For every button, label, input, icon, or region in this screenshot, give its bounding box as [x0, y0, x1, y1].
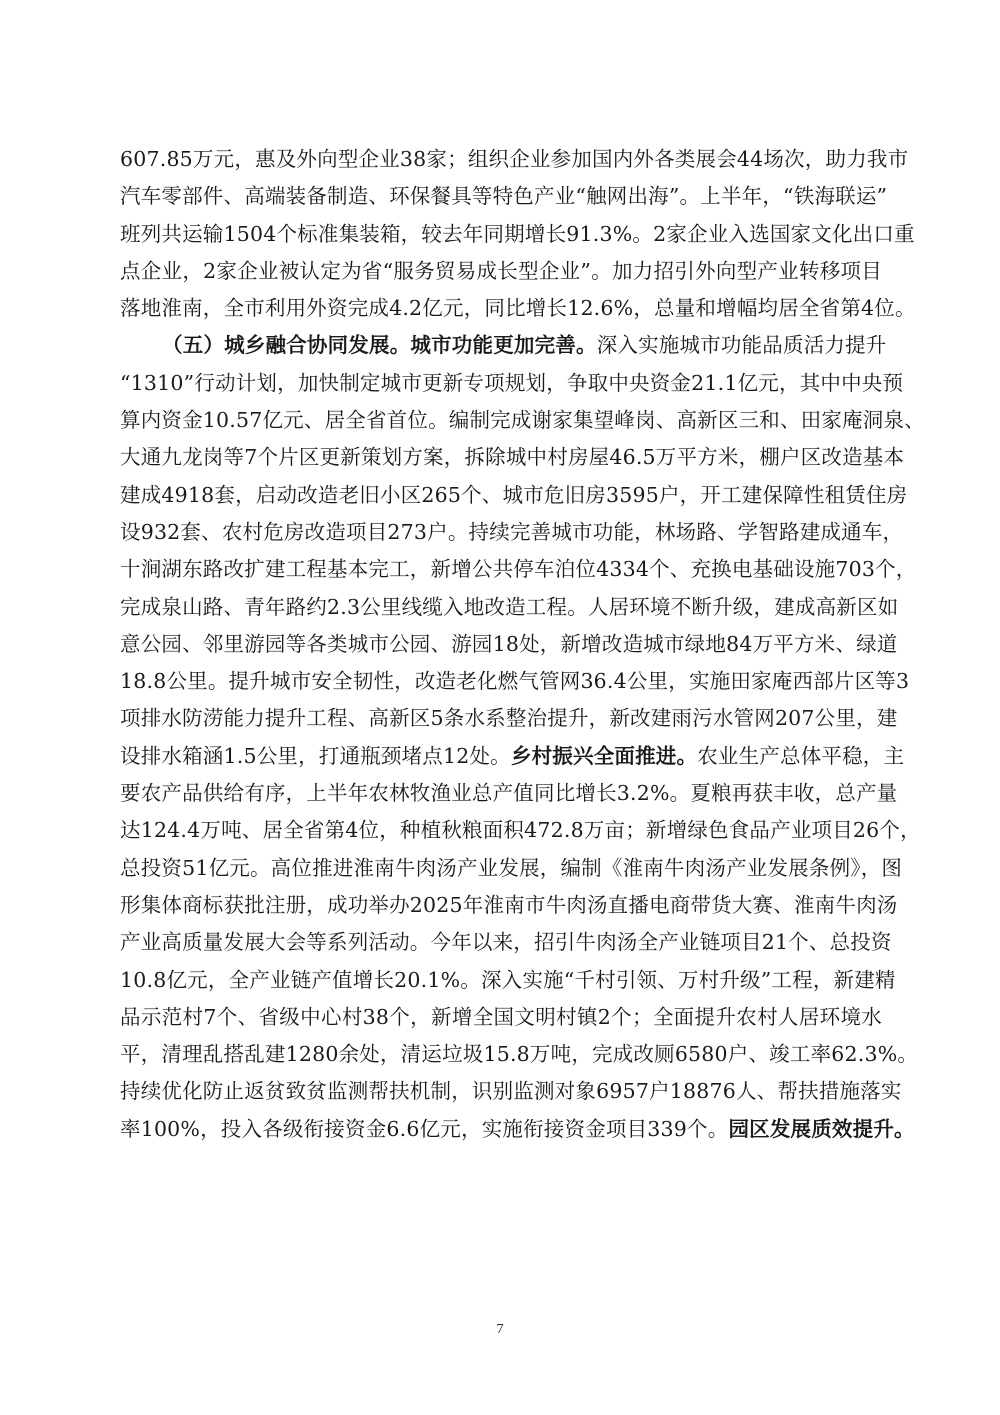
document-page: 607.85万元，惠及外向型企业38家；组织企业参加国内外各类展会44场次，助力…: [0, 0, 1000, 1415]
paragraph-text: 班列共运输1504个标准集装箱，较去年同期增长91.3%。2家企业入选国家文化出…: [120, 222, 915, 246]
paragraph-text: 农业生产总体平稳，主: [697, 744, 904, 768]
paragraph-text: 形集体商标获批注册，成功举办2025年淮南市牛肉汤直播电商带货大赛、淮南牛肉汤: [120, 893, 897, 917]
paragraph-text: 项排水防涝能力提升工程、高新区5条水系整治提升，新改建雨污水管网207公里，建: [120, 706, 897, 730]
paragraph-text: 设932套、农村危房改造项目273户。持续完善城市功能，林场路、学智路建成通车，: [120, 520, 903, 544]
paragraph-text: 平，清理乱搭乱建1280余处，清运垃圾15.8万吨，完成改厕6580户、竣工率6…: [120, 1042, 918, 1066]
text-line: 平，清理乱搭乱建1280余处，清运垃圾15.8万吨，完成改厕6580户、竣工率6…: [120, 1036, 882, 1073]
text-line: 十涧湖东路改扩建工程基本完工，新增公共停车泊位4334个、充换电基础设施703个…: [120, 551, 882, 588]
bold-heading-text: 乡村振兴全面推进。: [511, 744, 697, 768]
paragraph-text: 达124.4万吨、居全省第4位，种植秋粮面积472.8万亩；新增绿色食品产业项目…: [120, 818, 921, 842]
text-line: 607.85万元，惠及外向型企业38家；组织企业参加国内外各类展会44场次，助力…: [120, 141, 882, 178]
text-line: 10.8亿元，全产业链产值增长20.1%。深入实施“千村引领、万村升级”工程，新…: [120, 962, 882, 999]
text-line: 大通九龙岗等7个片区更新策划方案，拆除城中村房屋46.5万平方米，棚户区改造基本: [120, 439, 882, 476]
text-line: 项排水防涝能力提升工程、高新区5条水系整治提升，新改建雨污水管网207公里，建: [120, 700, 882, 737]
text-line: 品示范村7个、省级中心村38个，新增全国文明村镇2个；全面提升农村人居环境水: [120, 999, 882, 1036]
text-line: 持续优化防止返贫致贫监测帮扶机制，识别监测对象6957户18876人、帮扶措施落…: [120, 1073, 882, 1110]
text-line: 点企业，2家企业被认定为省“服务贸易成长型企业”。加力招引外向型产业转移项目: [120, 253, 882, 290]
paragraph-text: 率100%，投入各级衔接资金6.6亿元，实施衔接资金项目339个。: [120, 1117, 728, 1141]
text-line: 建成4918套，启动改造老旧小区265个、城市危旧房3595户，开工建保障性租赁…: [120, 477, 882, 514]
paragraph-text: 十涧湖东路改扩建工程基本完工，新增公共停车泊位4334个、充换电基础设施703个…: [120, 557, 917, 581]
text-line: 产业高质量发展大会等系列活动。今年以来，招引牛肉汤全产业链项目21个、总投资: [120, 924, 882, 961]
text-line: 18.8公里。提升城市安全韧性，改造老化燃气管网36.4公里，实施田家庵西部片区…: [120, 663, 882, 700]
text-line: 班列共运输1504个标准集装箱，较去年同期增长91.3%。2家企业入选国家文化出…: [120, 216, 882, 253]
text-line: 达124.4万吨、居全省第4位，种植秋粮面积472.8万亩；新增绿色食品产业项目…: [120, 812, 882, 849]
paragraph-text: 落地淮南，全市利用外资完成4.2亿元，同比增长12.6%，总量和增幅均居全省第4…: [120, 296, 916, 320]
paragraph-text: “1310”行动计划，加快制定城市更新专项规划，争取中央资金21.1亿元，其中中…: [120, 371, 903, 395]
text-line: 要农产品供给有序，上半年农林牧渔业总产值同比增长3.2%。夏粮再获丰收，总产量: [120, 775, 882, 812]
bold-heading-text: 园区发展质效提升。: [728, 1117, 914, 1141]
paragraph-text: 要农产品供给有序，上半年农林牧渔业总产值同比增长3.2%。夏粮再获丰收，总产量: [120, 781, 897, 805]
paragraph-text: 品示范村7个、省级中心村38个，新增全国文明村镇2个；全面提升农村人居环境水: [120, 1005, 882, 1029]
paragraph-text: 完成泉山路、青年路约2.3公里线缆入地改造工程。人居环境不断升级，建成高新区如: [120, 595, 898, 619]
paragraph-text: 总投资51亿元。高位推进淮南牛肉汤产业发展，编制《淮南牛肉汤产业发展条例》，图: [120, 856, 902, 880]
paragraph-text: 意公园、邻里游园等各类城市公园、游园18处，新增改造城市绿地84万平方米、绿道: [120, 632, 897, 656]
paragraph-text: 18.8公里。提升城市安全韧性，改造老化燃气管网36.4公里，实施田家庵西部片区…: [120, 669, 909, 693]
text-line: 率100%，投入各级衔接资金6.6亿元，实施衔接资金项目339个。园区发展质效提…: [120, 1111, 882, 1148]
text-line: 总投资51亿元。高位推进淮南牛肉汤产业发展，编制《淮南牛肉汤产业发展条例》，图: [120, 850, 882, 887]
paragraph-text: 持续优化防止返贫致贫监测帮扶机制，识别监测对象6957户18876人、帮扶措施落…: [120, 1079, 902, 1103]
text-line: 意公园、邻里游园等各类城市公园、游园18处，新增改造城市绿地84万平方米、绿道: [120, 626, 882, 663]
paragraph-text: 点企业，2家企业被认定为省“服务贸易成长型企业”。加力招引外向型产业转移项目: [120, 259, 882, 283]
paragraph-text: 607.85万元，惠及外向型企业38家；组织企业参加国内外各类展会44场次，助力…: [120, 147, 908, 171]
text-line: （五）城乡融合协同发展。城市功能更加完善。深入实施城市功能品质活力提升: [120, 327, 882, 364]
paragraph-text: 10.8亿元，全产业链产值增长20.1%。深入实施“千村引领、万村升级”工程，新…: [120, 968, 896, 992]
paragraph-text: 设排水箱涵1.5公里，打通瓶颈堵点12处。: [120, 744, 511, 768]
body-text: 607.85万元，惠及外向型企业38家；组织企业参加国内外各类展会44场次，助力…: [120, 141, 882, 1148]
text-line: 汽车零部件、高端装备制造、环保餐具等特色产业“触网出海”。上半年，“铁海联运”: [120, 178, 882, 215]
text-line: 算内资金10.57亿元、居全省首位。编制完成谢家集望峰岗、高新区三和、田家庵洞泉…: [120, 402, 882, 439]
text-line: 形集体商标获批注册，成功举办2025年淮南市牛肉汤直播电商带货大赛、淮南牛肉汤: [120, 887, 882, 924]
text-line: “1310”行动计划，加快制定城市更新专项规划，争取中央资金21.1亿元，其中中…: [120, 365, 882, 402]
paragraph-text: 算内资金10.57亿元、居全省首位。编制完成谢家集望峰岗、高新区三和、田家庵洞泉…: [120, 408, 925, 432]
text-line: 设932套、农村危房改造项目273户。持续完善城市功能，林场路、学智路建成通车，: [120, 514, 882, 551]
text-line: 落地淮南，全市利用外资完成4.2亿元，同比增长12.6%，总量和增幅均居全省第4…: [120, 290, 882, 327]
text-line: 设排水箱涵1.5公里，打通瓶颈堵点12处。乡村振兴全面推进。农业生产总体平稳，主: [120, 738, 882, 775]
page-number: 7: [0, 1322, 1000, 1338]
paragraph-text: 大通九龙岗等7个片区更新策划方案，拆除城中村房屋46.5万平方米，棚户区改造基本: [120, 445, 904, 469]
paragraph-text: 建成4918套，启动改造老旧小区265个、城市危旧房3595户，开工建保障性租赁…: [120, 483, 907, 507]
text-line: 完成泉山路、青年路约2.3公里线缆入地改造工程。人居环境不断升级，建成高新区如: [120, 589, 882, 626]
paragraph-text: 深入实施城市功能品质活力提升: [597, 333, 887, 357]
bold-heading-text: （五）城乡融合协同发展。城市功能更加完善。: [162, 333, 597, 357]
paragraph-text: 汽车零部件、高端装备制造、环保餐具等特色产业“触网出海”。上半年，“铁海联运”: [120, 184, 887, 208]
paragraph-text: 产业高质量发展大会等系列活动。今年以来，招引牛肉汤全产业链项目21个、总投资: [120, 930, 892, 954]
